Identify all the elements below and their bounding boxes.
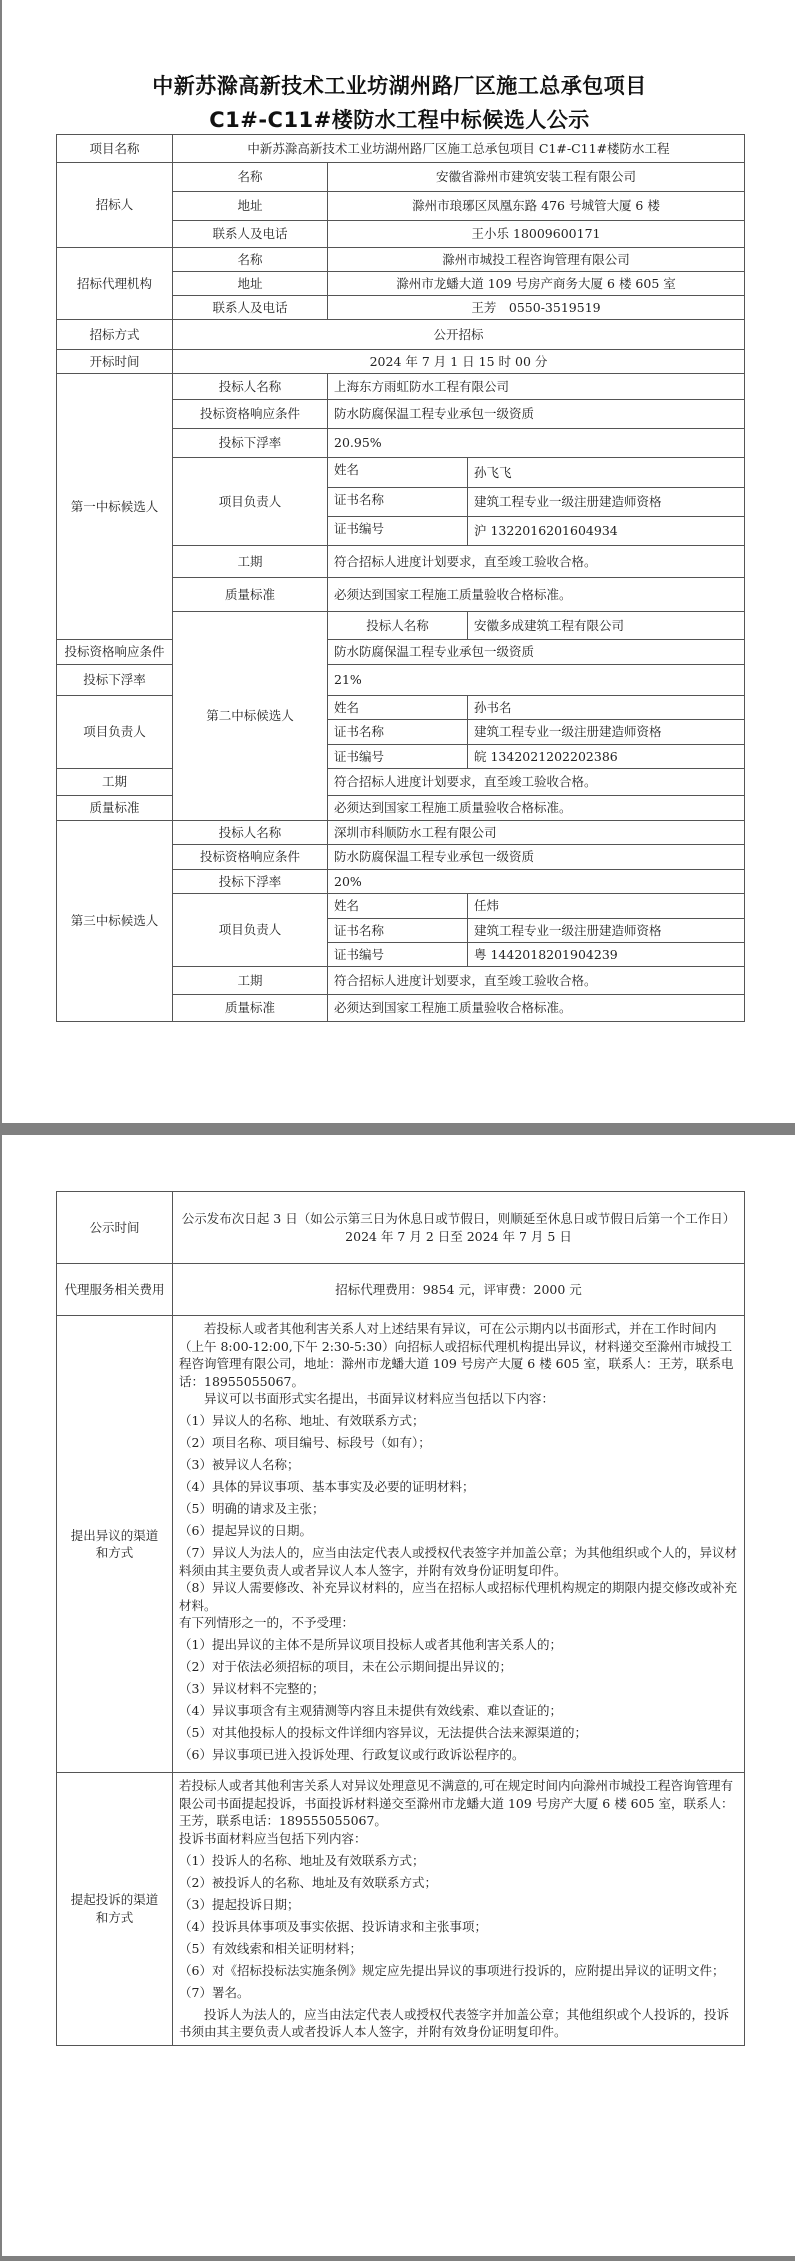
- candidate-2-qualification-row: 投标资格响应条件 防水防腐保温工程专业承包一级资质: [57, 640, 745, 665]
- candidate-1-rank: 第一中标候选人: [57, 374, 173, 640]
- candidate-3-qualification: 防水防腐保温工程专业承包一级资质: [328, 845, 745, 870]
- opening-value: 2024 年 7 月 1 日 15 时 00 分: [173, 350, 745, 374]
- candidate-2-quality-row: 质量标准 必须达到国家工程施工质量验收合格标准。: [57, 796, 745, 821]
- document-title-line-2: C1#-C11#楼防水工程中标候选人公示: [2, 104, 795, 134]
- row-method: 招标方式 公开招标: [57, 320, 745, 350]
- candidate-1-pm-name: 孙飞飞: [468, 458, 745, 488]
- row-complaint: 提起投诉的渠道和方式 若投标人或者其他利害关系人对异议处理意见不满意的,可在规定…: [57, 1773, 745, 2046]
- bidder-name-label: 投标人名称: [173, 821, 328, 845]
- complaint-line: （3）提起投诉日期；: [179, 1896, 738, 1918]
- objection-line: （8）异议人需要修改、补充异议材料的，应当在招标人或招标代理机构规定的期限内提交…: [179, 1579, 738, 1614]
- tenderer-address-value: 滁州市琅琊区凤凰东路 476 号城管大厦 6 楼: [328, 192, 745, 221]
- tenderer-contact-value: 王小乐 18009600171: [328, 221, 745, 248]
- tenderer-name-value: 安徽省滁州市建筑安装工程有限公司: [328, 163, 745, 192]
- complaint-line: （1）投诉人的名称、地址及有效联系方式；: [179, 1852, 738, 1874]
- objection-line: （2）对于依法必须招标的项目，未在公示期间提出异议的；: [179, 1658, 738, 1680]
- objection-line: （1）异议人的名称、地址、有效联系方式；: [179, 1412, 738, 1434]
- complaint-line: （4）投诉具体事项及事实依据、投诉请求和主张事项；: [179, 1918, 738, 1940]
- objection-line: （1）提出异议的主体不是所异议项目投标人或者其他利害关系人的；: [179, 1636, 738, 1658]
- agency-name-value: 滁州市城投工程咨询管理有限公司: [328, 248, 745, 272]
- candidate-3-rank: 第三中标候选人: [57, 821, 173, 1022]
- complaint-line: （6）对《招标投标法实施条例》规定应先提出异议的事项进行投诉的，应附提出异议的证…: [179, 1962, 738, 1984]
- bidder-name-label: 投标人名称: [328, 612, 468, 640]
- candidate-2-rank: 第二中标候选人: [173, 612, 328, 821]
- method-value: 公开招标: [173, 320, 745, 350]
- objection-line: 异议可以书面形式实名提出，书面异议材料应当包括以下内容：: [179, 1390, 738, 1412]
- tenderer-label: 招标人: [57, 163, 173, 248]
- cert-no-label: 证书编号: [328, 517, 468, 546]
- candidate-3-bidder-name: 深圳市科顺防水工程有限公司: [328, 821, 745, 845]
- qualification-label: 投标资格响应条件: [173, 400, 328, 429]
- candidate-1-bidder-row: 第一中标候选人 投标人名称 上海东方雨虹防水工程有限公司: [57, 374, 745, 400]
- objection-line: （7）异议人为法人的，应当由法定代表人或授权代表签字并加盖公章；为其他组织或个人…: [179, 1544, 738, 1579]
- objection-line: （5）对其他投标人的投标文件详细内容异议，无法提供合法来源渠道的；: [179, 1724, 738, 1746]
- objection-line: （6）提起异议的日期。: [179, 1522, 738, 1544]
- complaint-line: （2）被投诉人的名称、地址及有效联系方式；: [179, 1874, 738, 1896]
- cert-name-label: 证书名称: [328, 720, 468, 745]
- publicity-value: 公示发布次日起 3 日（如公示第三日为休息日或节假日，则顺延至休息日或节假日后第…: [173, 1192, 745, 1264]
- duration-label: 工期: [57, 769, 173, 796]
- qualification-label: 投标资格响应条件: [57, 640, 173, 665]
- candidate-1-discount-rate: 20.95%: [328, 429, 745, 458]
- row-publicity-time: 公示时间 公示发布次日起 3 日（如公示第三日为休息日或节假日，则顺延至休息日或…: [57, 1192, 745, 1264]
- candidate-1-qualification: 防水防腐保温工程专业承包一级资质: [328, 400, 745, 429]
- candidates-table: 项目名称 中新苏滁高新技术工业坊湖州路厂区施工总承包项目 C1#-C11#楼防水…: [56, 134, 745, 1022]
- tenderer-address-label: 地址: [173, 192, 328, 221]
- publicity-table: 公示时间 公示发布次日起 3 日（如公示第三日为休息日或节假日，则顺延至休息日或…: [56, 1191, 745, 2046]
- method-label: 招标方式: [57, 320, 173, 350]
- candidate-3-cert-name: 建筑工程专业一级注册建造师资格: [468, 919, 745, 943]
- objection-line: （6）异议事项已进入投诉处理、行政复议或行政诉讼程序的。: [179, 1746, 738, 1768]
- complaint-content: 若投标人或者其他利害关系人对异议处理意见不满意的,可在规定时间内向滁州市城投工程…: [173, 1773, 745, 2046]
- objection-line: 若投标人或者其他利害关系人对上述结果有异议，可在公示期内以书面形式，并在工作时间…: [179, 1320, 738, 1390]
- candidate-2-discount-rate: 21%: [328, 665, 745, 696]
- candidate-2-quality: 必须达到国家工程施工质量验收合格标准。: [328, 796, 745, 821]
- page-bottom-border: [0, 2256, 795, 2261]
- quality-label: 质量标准: [173, 578, 328, 612]
- complaint-label: 提起投诉的渠道和方式: [57, 1773, 173, 2046]
- fees-value: 招标代理费用：9854 元，评审费：2000 元: [173, 1264, 745, 1316]
- publicity-period: 2024 年 7 月 2 日至 2024 年 7 月 5 日: [177, 1228, 740, 1246]
- cert-no-label: 证书编号: [328, 745, 468, 769]
- candidate-1-cert-name: 建筑工程专业一级注册建造师资格: [468, 488, 745, 517]
- objection-line: 有下列情形之一的，不予受理：: [179, 1614, 738, 1636]
- candidate-3-cert-no: 粤 1442018201904239: [468, 943, 745, 967]
- candidate-2-cert-no: 皖 1342021202202386: [468, 745, 745, 769]
- discount-rate-label: 投标下浮率: [173, 429, 328, 458]
- cert-no-label: 证书编号: [328, 943, 468, 967]
- objection-line: （2）项目名称、项目编号、标段号（如有）；: [179, 1434, 738, 1456]
- objection-content: 若投标人或者其他利害关系人对上述结果有异议，可在公示期内以书面形式，并在工作时间…: [173, 1316, 745, 1773]
- objection-label: 提出异议的渠道和方式: [57, 1316, 173, 1773]
- fees-label: 代理服务相关费用: [57, 1264, 173, 1316]
- project-name-label: 项目名称: [57, 135, 173, 163]
- pm-name-label: 姓名: [328, 458, 468, 488]
- cert-name-label: 证书名称: [328, 919, 468, 943]
- document-page-2: 公示时间 公示发布次日起 3 日（如公示第三日为休息日或节假日，则顺延至休息日或…: [0, 1135, 795, 2256]
- candidate-1-quality: 必须达到国家工程施工质量验收合格标准。: [328, 578, 745, 612]
- publicity-rule: 公示发布次日起 3 日（如公示第三日为休息日或节假日，则顺延至休息日或节假日后第…: [177, 1210, 740, 1228]
- candidate-3-pm-name: 任炜: [468, 894, 745, 919]
- agency-name-label: 名称: [173, 248, 328, 272]
- project-manager-label: 项目负责人: [173, 458, 328, 546]
- opening-label: 开标时间: [57, 350, 173, 374]
- row-fees: 代理服务相关费用 招标代理费用：9854 元，评审费：2000 元: [57, 1264, 745, 1316]
- pm-name-label: 姓名: [328, 894, 468, 919]
- duration-label: 工期: [173, 967, 328, 995]
- candidate-3-quality: 必须达到国家工程施工质量验收合格标准。: [328, 995, 745, 1022]
- candidate-2-duration: 符合招标人进度计划要求，直至竣工验收合格。: [328, 769, 745, 796]
- candidate-3-duration: 符合招标人进度计划要求，直至竣工验收合格。: [328, 967, 745, 995]
- bidder-name-label: 投标人名称: [173, 374, 328, 400]
- candidate-3-bidder-row: 第三中标候选人 投标人名称 深圳市科顺防水工程有限公司: [57, 821, 745, 845]
- objection-line: （3）被异议人名称；: [179, 1456, 738, 1478]
- agency-contact-value: 王芳 0550-3519519: [328, 296, 745, 320]
- publicity-label: 公示时间: [57, 1192, 173, 1264]
- tenderer-contact-label: 联系人及电话: [173, 221, 328, 248]
- pm-name-label: 姓名: [328, 696, 468, 720]
- candidate-3-discount-rate: 20%: [328, 870, 745, 894]
- complaint-line: 投诉书面材料应当包括下列内容：: [179, 1830, 738, 1852]
- complaint-line: 投诉人为法人的，应当由法定代表人或授权代表签字并加盖公章；其他组织或个人投诉的，…: [179, 2006, 738, 2041]
- document-title-line-1: 中新苏滁高新技术工业坊湖州路厂区施工总承包项目: [2, 70, 795, 100]
- qualification-label: 投标资格响应条件: [173, 845, 328, 870]
- row-tenderer-name: 招标人 名称 安徽省滁州市建筑安装工程有限公司: [57, 163, 745, 192]
- candidate-1-duration: 符合招标人进度计划要求，直至竣工验收合格。: [328, 546, 745, 578]
- discount-rate-label: 投标下浮率: [57, 665, 173, 696]
- agency-contact-label: 联系人及电话: [173, 296, 328, 320]
- duration-label: 工期: [173, 546, 328, 578]
- candidate-2-pm-name: 孙书名: [468, 696, 745, 720]
- row-agency-name: 招标代理机构 名称 滁州市城投工程咨询管理有限公司: [57, 248, 745, 272]
- candidate-2-cert-name: 建筑工程专业一级注册建造师资格: [468, 720, 745, 745]
- objection-line: （4）异议事项含有主观猜测等内容且未提供有效线索、难以查证的；: [179, 1702, 738, 1724]
- cert-name-label: 证书名称: [328, 488, 468, 517]
- agency-label: 招标代理机构: [57, 248, 173, 320]
- complaint-line: （5）有效线索和相关证明材料；: [179, 1940, 738, 1962]
- objection-line: （3）异议材料不完整的；: [179, 1680, 738, 1702]
- candidate-2-discount-row: 投标下浮率 21%: [57, 665, 745, 696]
- page-separator: [0, 1123, 795, 1135]
- project-name-value: 中新苏滁高新技术工业坊湖州路厂区施工总承包项目 C1#-C11#楼防水工程: [173, 135, 745, 163]
- complaint-line: （7）署名。: [179, 1984, 738, 2006]
- quality-label: 质量标准: [57, 796, 173, 821]
- candidate-2-qualification: 防水防腐保温工程专业承包一级资质: [328, 640, 745, 665]
- candidate-1-bidder-name: 上海东方雨虹防水工程有限公司: [328, 374, 745, 400]
- quality-label: 质量标准: [173, 995, 328, 1022]
- objection-line: （4）具体的异议事项、基本事实及必要的证明材料；: [179, 1478, 738, 1500]
- row-project-name: 项目名称 中新苏滁高新技术工业坊湖州路厂区施工总承包项目 C1#-C11#楼防水…: [57, 135, 745, 163]
- complaint-line: 若投标人或者其他利害关系人对异议处理意见不满意的,可在规定时间内向滁州市城投工程…: [179, 1777, 738, 1830]
- agency-address-label: 地址: [173, 272, 328, 296]
- row-objection: 提出异议的渠道和方式 若投标人或者其他利害关系人对上述结果有异议，可在公示期内以…: [57, 1316, 745, 1773]
- document-page-1: 中新苏滁高新技术工业坊湖州路厂区施工总承包项目 C1#-C11#楼防水工程中标候…: [0, 0, 795, 1123]
- tenderer-name-label: 名称: [173, 163, 328, 192]
- project-manager-label: 项目负责人: [57, 696, 173, 769]
- agency-address-value: 滁州市龙蟠大道 109 号房产商务大厦 6 楼 605 室: [328, 272, 745, 296]
- row-opening-time: 开标时间 2024 年 7 月 1 日 15 时 00 分: [57, 350, 745, 374]
- project-manager-label: 项目负责人: [173, 894, 328, 967]
- candidate-2-duration-row: 工期 符合招标人进度计划要求，直至竣工验收合格。: [57, 769, 745, 796]
- candidate-2-pm-name-row: 项目负责人 姓名 孙书名: [57, 696, 745, 720]
- objection-line: （5）明确的请求及主张；: [179, 1500, 738, 1522]
- candidate-1-cert-no: 沪 1322016201604934: [468, 517, 745, 546]
- discount-rate-label: 投标下浮率: [173, 870, 328, 894]
- candidate-2-bidder-name: 安徽多成建筑工程有限公司: [468, 612, 745, 640]
